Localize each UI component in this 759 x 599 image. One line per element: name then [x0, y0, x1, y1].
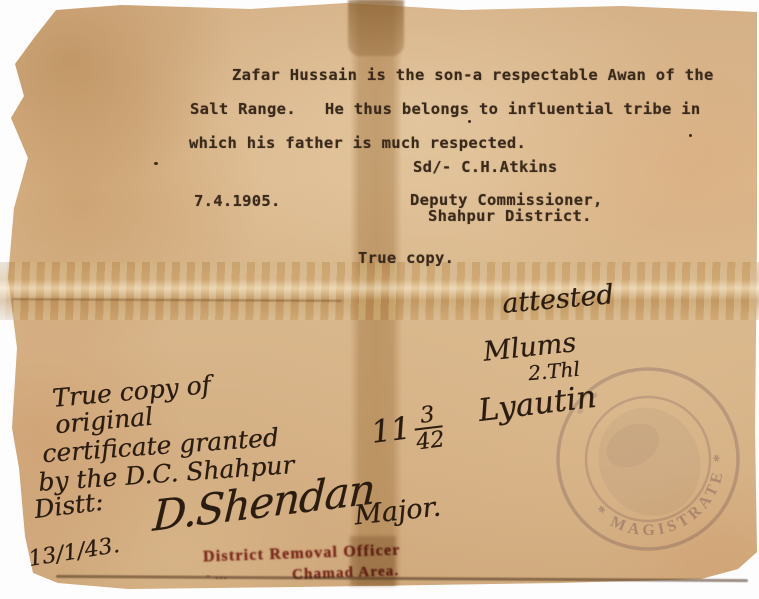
ink-speck: [154, 162, 158, 165]
ink-speck: [689, 134, 692, 137]
ref-fraction-bottom: 42: [415, 429, 446, 455]
ref-fraction: 342: [412, 402, 446, 454]
ink-speck: [468, 120, 471, 123]
typed-line-1: Zafar Hussain is the son-a respectable A…: [232, 66, 714, 84]
typed-line-2: Salt Range. He thus belongs to influenti…: [190, 100, 700, 118]
horizontal-fold-band: [0, 262, 759, 320]
scanned-certificate: Zafar Hussain is the son-a respectable A…: [0, 0, 759, 599]
ref-fraction-top: 3: [419, 403, 436, 427]
typed-signature: Sd/- C.H.Atkins: [413, 158, 557, 176]
ref-whole-number: 11: [369, 410, 413, 451]
typed-title-2: Shahpur District.: [428, 207, 592, 225]
typed-true-copy: True copy.: [358, 249, 454, 267]
typed-line-3: which his father is much respected.: [189, 134, 526, 152]
typed-date: 7.4.1905.: [194, 192, 281, 210]
red-stamp-faint-dots: - ...: [206, 568, 228, 583]
vertical-tape-top: [348, 0, 404, 56]
